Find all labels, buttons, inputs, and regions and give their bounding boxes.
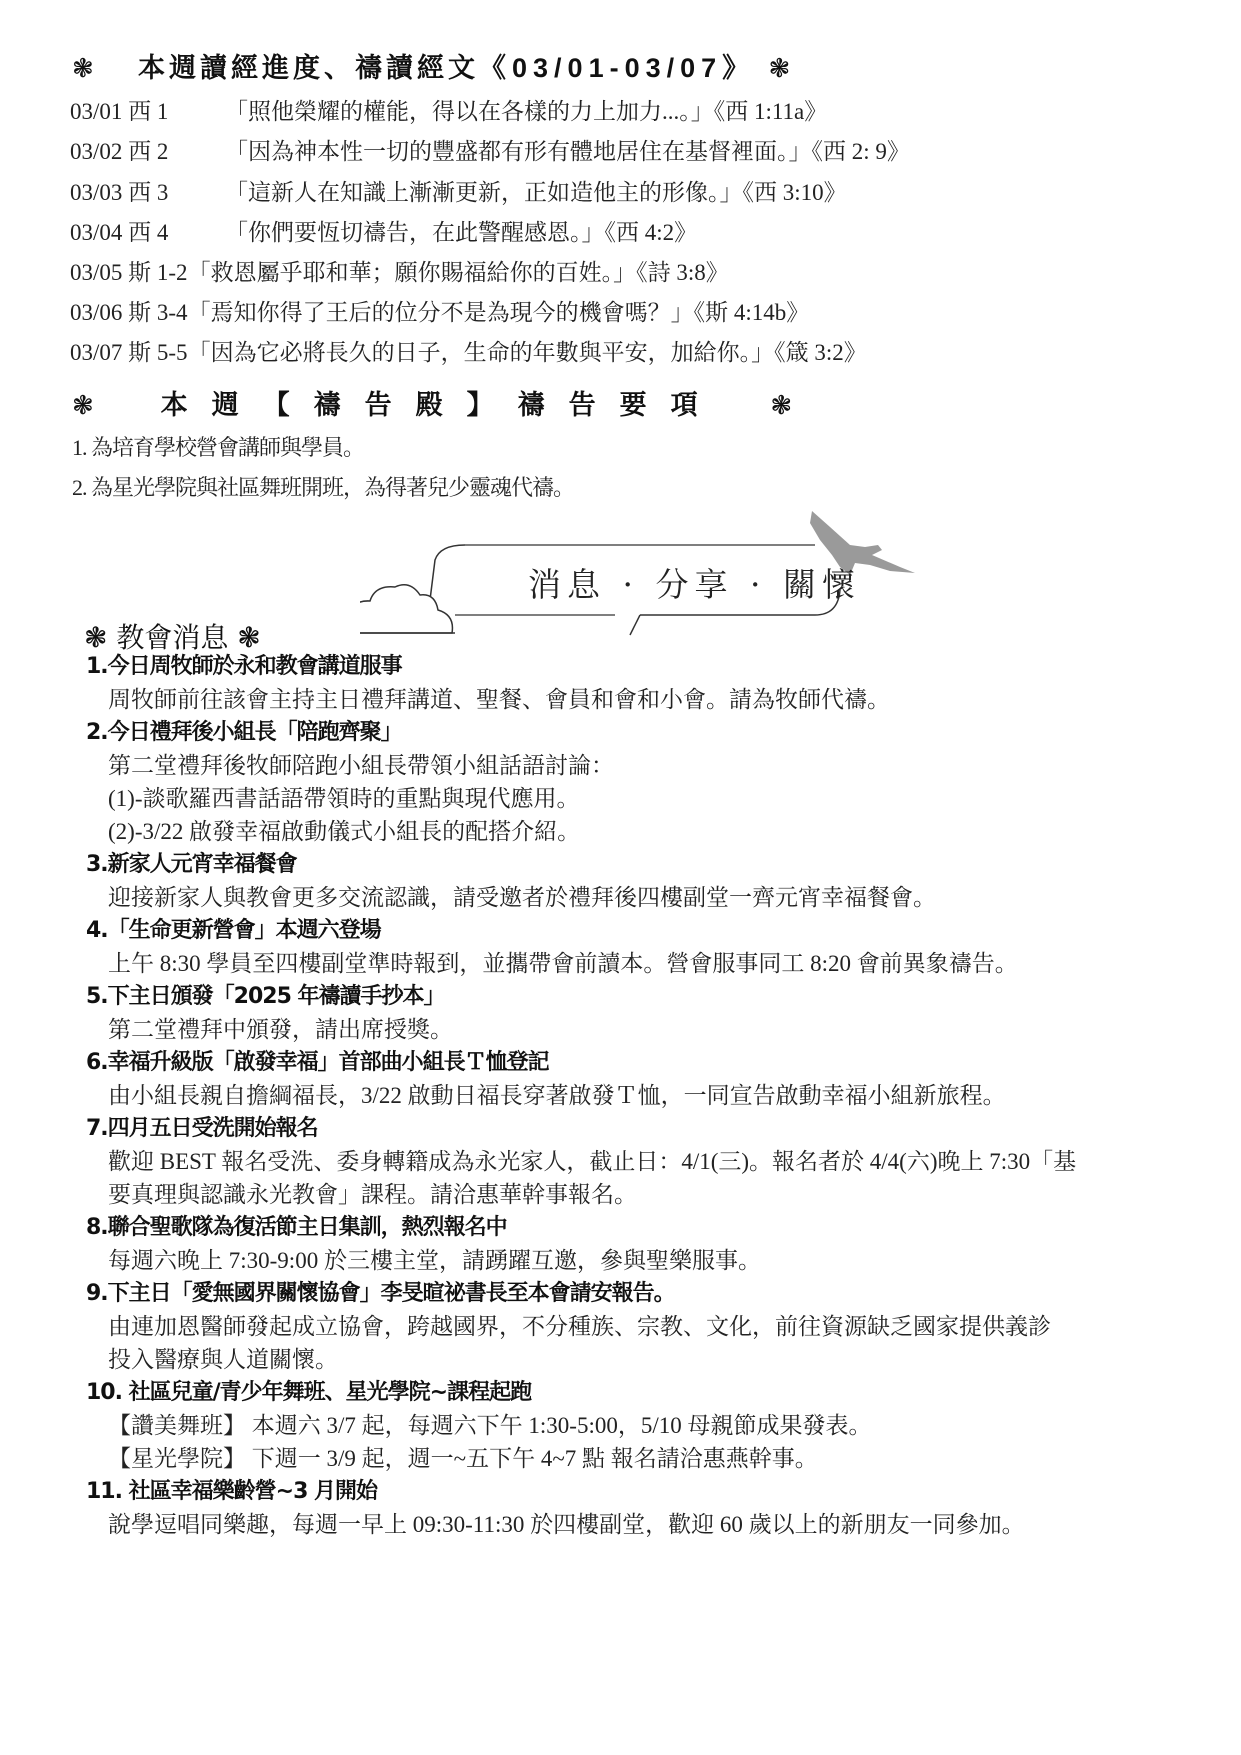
prayer-title-text: 本週【禱告殿】禱告要項 xyxy=(161,390,722,421)
reading-date: 03/06 斯 3-4 xyxy=(70,296,188,330)
news-item: 4.「生命更新營會」本週六登場 上午 8:30 學員至四樓副堂準時報到，並攜帶會… xyxy=(86,914,1186,980)
news-banner: 消息 · 分享 · 關懷 xyxy=(360,505,1020,645)
news-heading: 7.四月五日受洗開始報名 xyxy=(86,1112,1186,1145)
prayer-item: 2. 為星光學院與社區舞班開班，為得著兒少靈魂代禱。 xyxy=(72,471,574,502)
news-body: (2)-3/22 啟發幸福啟動儀式小組長的配搭介紹。 xyxy=(86,815,1186,848)
news-body: 第二堂禮拜中頒發，請出席授獎。 xyxy=(86,1013,1186,1046)
readings-section-title: ❃ 本週讀經進度、禱讀經文《03/01-03/07》 ❃ xyxy=(72,46,794,85)
readings-title-text: 本週讀經進度、禱讀經文 xyxy=(138,53,479,84)
news-body: 上午 8:30 學員至四樓副堂準時報到，並攜帶會前讀本。營會服事同工 8:20 … xyxy=(86,947,1186,980)
reading-date: 03/05 斯 1-2 xyxy=(70,256,188,290)
reading-verse: 「因為神本性一切的豐盛都有形有體地居住在基督裡面。」《西 2: 9》 xyxy=(225,135,910,169)
news-heading: 9.下主日「愛無國界關懷協會」李旻暄祕書長至本會請安報告。 xyxy=(86,1277,1186,1310)
news-body: 第二堂禮拜後牧師陪跑小組長帶領小組話語討論： xyxy=(86,749,1186,782)
reading-date: 03/03 西 3 xyxy=(70,176,168,210)
bulletin-page: ❃ 本週讀經進度、禱讀經文《03/01-03/07》 ❃ 03/01 西 1 「… xyxy=(0,0,1241,1755)
prayer-item: 1. 為培育學校營會講師與學員。 xyxy=(72,431,364,462)
news-body: 迎接新家人與教會更多交流認識，請受邀者於禮拜後四樓副堂一齊元宵幸福餐會。 xyxy=(86,881,1186,914)
news-heading: 11. 社區幸福樂齡營~3 月開始 xyxy=(86,1475,1186,1508)
news-item: 1.今日周牧師於永和教會講道服事 周牧師前往該會主持主日禮拜講道、聖餐、會員和會… xyxy=(86,650,1186,716)
reading-entry: 03/01 西 1 「照他榮耀的權能，得以在各樣的力上加力...。」《西 1:1… xyxy=(70,95,168,129)
news-heading: 2.今日禮拜後小組長「陪跑齊聚」 xyxy=(86,716,1186,749)
news-item: 7.四月五日受洗開始報名 歡迎 BEST 報名受洗、委身轉籍成為永光家人，截止日… xyxy=(86,1112,1186,1211)
reading-entry: 03/07 斯 5-5「因為它必將長久的日子，生命的年數與平安，加給你。」《箴 … xyxy=(70,336,867,370)
news-item: 11. 社區幸福樂齡營~3 月開始 說學逗唱同樂趣，每週一早上 09:30-11… xyxy=(86,1475,1186,1541)
news-body: 要真理與認識永光教會」課程。請洽惠華幹事報名。 xyxy=(86,1178,1186,1211)
news-item: 9.下主日「愛無國界關懷協會」李旻暄祕書長至本會請安報告。 由連加恩醫師發起成立… xyxy=(86,1277,1186,1376)
news-item: 6.幸福升級版「啟發幸福」首部曲小組長Ｔ恤登記 由小組長親自擔綱福長，3/22 … xyxy=(86,1046,1186,1112)
news-body: 由小組長親自擔綱福長，3/22 啟動日福長穿著啟發Ｔ恤，一同宣告啟動幸福小組新旅… xyxy=(86,1079,1186,1112)
news-heading: 3.新家人元宵幸福餐會 xyxy=(86,848,1186,881)
readings-date-range: 《03/01-03/07》 xyxy=(479,53,755,83)
reading-date: 03/01 西 1 xyxy=(70,95,168,129)
news-item: 10. 社區兒童/青少年舞班、星光學院~課程起跑 【讚美舞班】 本週六 3/7 … xyxy=(86,1376,1186,1475)
reading-verse: 「因為它必將長久的日子，生命的年數與平安，加給你。」《箴 3:2》 xyxy=(188,340,867,365)
news-body: (1)-談歌羅西書話語帶領時的重點與現代應用。 xyxy=(86,782,1186,815)
flower-icon: ❃ xyxy=(72,391,94,421)
news-item: 3.新家人元宵幸福餐會 迎接新家人與教會更多交流認識，請受邀者於禮拜後四樓副堂一… xyxy=(86,848,1186,914)
reading-date: 03/04 西 4 xyxy=(70,216,168,250)
reading-entry: 03/05 斯 1-2「救恩屬乎耶和華；願你賜福給你的百姓。」《詩 3:8》 xyxy=(70,256,729,290)
news-body: 每週六晚上 7:30-9:00 於三樓主堂，請踴躍互邀，參與聖樂服事。 xyxy=(86,1244,1186,1277)
news-item: 5.下主日頒發「2025 年禱讀手抄本」 第二堂禮拜中頒發，請出席授獎。 xyxy=(86,980,1186,1046)
flower-icon: ❃ xyxy=(72,54,98,84)
news-heading: 1.今日周牧師於永和教會講道服事 xyxy=(86,650,1186,683)
news-heading: 8.聯合聖歌隊為復活節主日集訓，熱烈報名中 xyxy=(86,1211,1186,1244)
news-heading: 4.「生命更新營會」本週六登場 xyxy=(86,914,1186,947)
reading-entry: 03/03 西 3 「這新人在知識上漸漸更新，正如造他主的形像。」《西 3:10… xyxy=(70,176,168,210)
news-body: 【星光學院】 下週一 3/9 起，週一~五下午 4~7 點 報名請洽惠燕幹事。 xyxy=(86,1442,1186,1475)
reading-verse: 「你們要恆切禱告，在此警醒感恩。」《西 4:2》 xyxy=(225,216,697,250)
news-item: 8.聯合聖歌隊為復活節主日集訓，熱烈報名中 每週六晚上 7:30-9:00 於三… xyxy=(86,1211,1186,1277)
reading-verse: 「這新人在知識上漸漸更新，正如造他主的形像。」《西 3:10》 xyxy=(225,176,847,210)
news-body: 說學逗唱同樂趣，每週一早上 09:30-11:30 於四樓副堂，歡迎 60 歲以… xyxy=(86,1508,1186,1541)
news-heading: 10. 社區兒童/青少年舞班、星光學院~課程起跑 xyxy=(86,1376,1186,1409)
news-body: 歡迎 BEST 報名受洗、委身轉籍成為永光家人，截止日：4/1(三)。報名者於 … xyxy=(86,1145,1186,1178)
reading-verse: 「照他榮耀的權能，得以在各樣的力上加力...。」《西 1:11a》 xyxy=(225,95,827,129)
news-heading: 6.幸福升級版「啟發幸福」首部曲小組長Ｔ恤登記 xyxy=(86,1046,1186,1079)
reading-date: 03/02 西 2 xyxy=(70,135,168,169)
news-item: 2.今日禮拜後小組長「陪跑齊聚」 第二堂禮拜後牧師陪跑小組長帶領小組話語討論： … xyxy=(86,716,1186,848)
reading-verse: 「焉知你得了王后的位分不是為現今的機會嗎？」《斯 4:14b》 xyxy=(188,300,810,325)
news-body: 【讚美舞班】 本週六 3/7 起，每週六下午 1:30-5:00，5/10 母親… xyxy=(86,1409,1186,1442)
flower-icon: ❃ xyxy=(770,391,792,421)
cloud-icon xyxy=(360,585,455,633)
reading-entry: 03/06 斯 3-4「焉知你得了王后的位分不是為現今的機會嗎？」《斯 4:14… xyxy=(70,296,809,330)
news-body: 周牧師前往該會主持主日禮拜講道、聖餐、會員和會和小會。請為牧師代禱。 xyxy=(86,683,1186,716)
reading-entry: 03/04 西 4 「你們要恆切禱告，在此警醒感恩。」《西 4:2》 xyxy=(70,216,168,250)
news-list: 1.今日周牧師於永和教會講道服事 周牧師前往該會主持主日禮拜講道、聖餐、會員和會… xyxy=(86,650,1186,1541)
prayer-section-title: ❃ 本週【禱告殿】禱告要項 ❃ xyxy=(72,383,792,422)
news-heading: 5.下主日頒發「2025 年禱讀手抄本」 xyxy=(86,980,1186,1013)
banner-title: 消息 · 分享 · 關懷 xyxy=(528,559,861,606)
reading-entry: 03/02 西 2 「因為神本性一切的豐盛都有形有體地居住在基督裡面。」《西 2… xyxy=(70,135,168,169)
flower-icon: ❃ xyxy=(769,54,795,84)
news-body: 投入醫療與人道關懷。 xyxy=(86,1343,1186,1376)
news-body: 由連加恩醫師發起成立協會，跨越國界，不分種族、宗教、文化，前往資源缺乏國家提供義… xyxy=(86,1310,1186,1343)
reading-verse: 「救恩屬乎耶和華；願你賜福給你的百姓。」《詩 3:8》 xyxy=(188,260,729,285)
reading-date: 03/07 斯 5-5 xyxy=(70,336,188,370)
